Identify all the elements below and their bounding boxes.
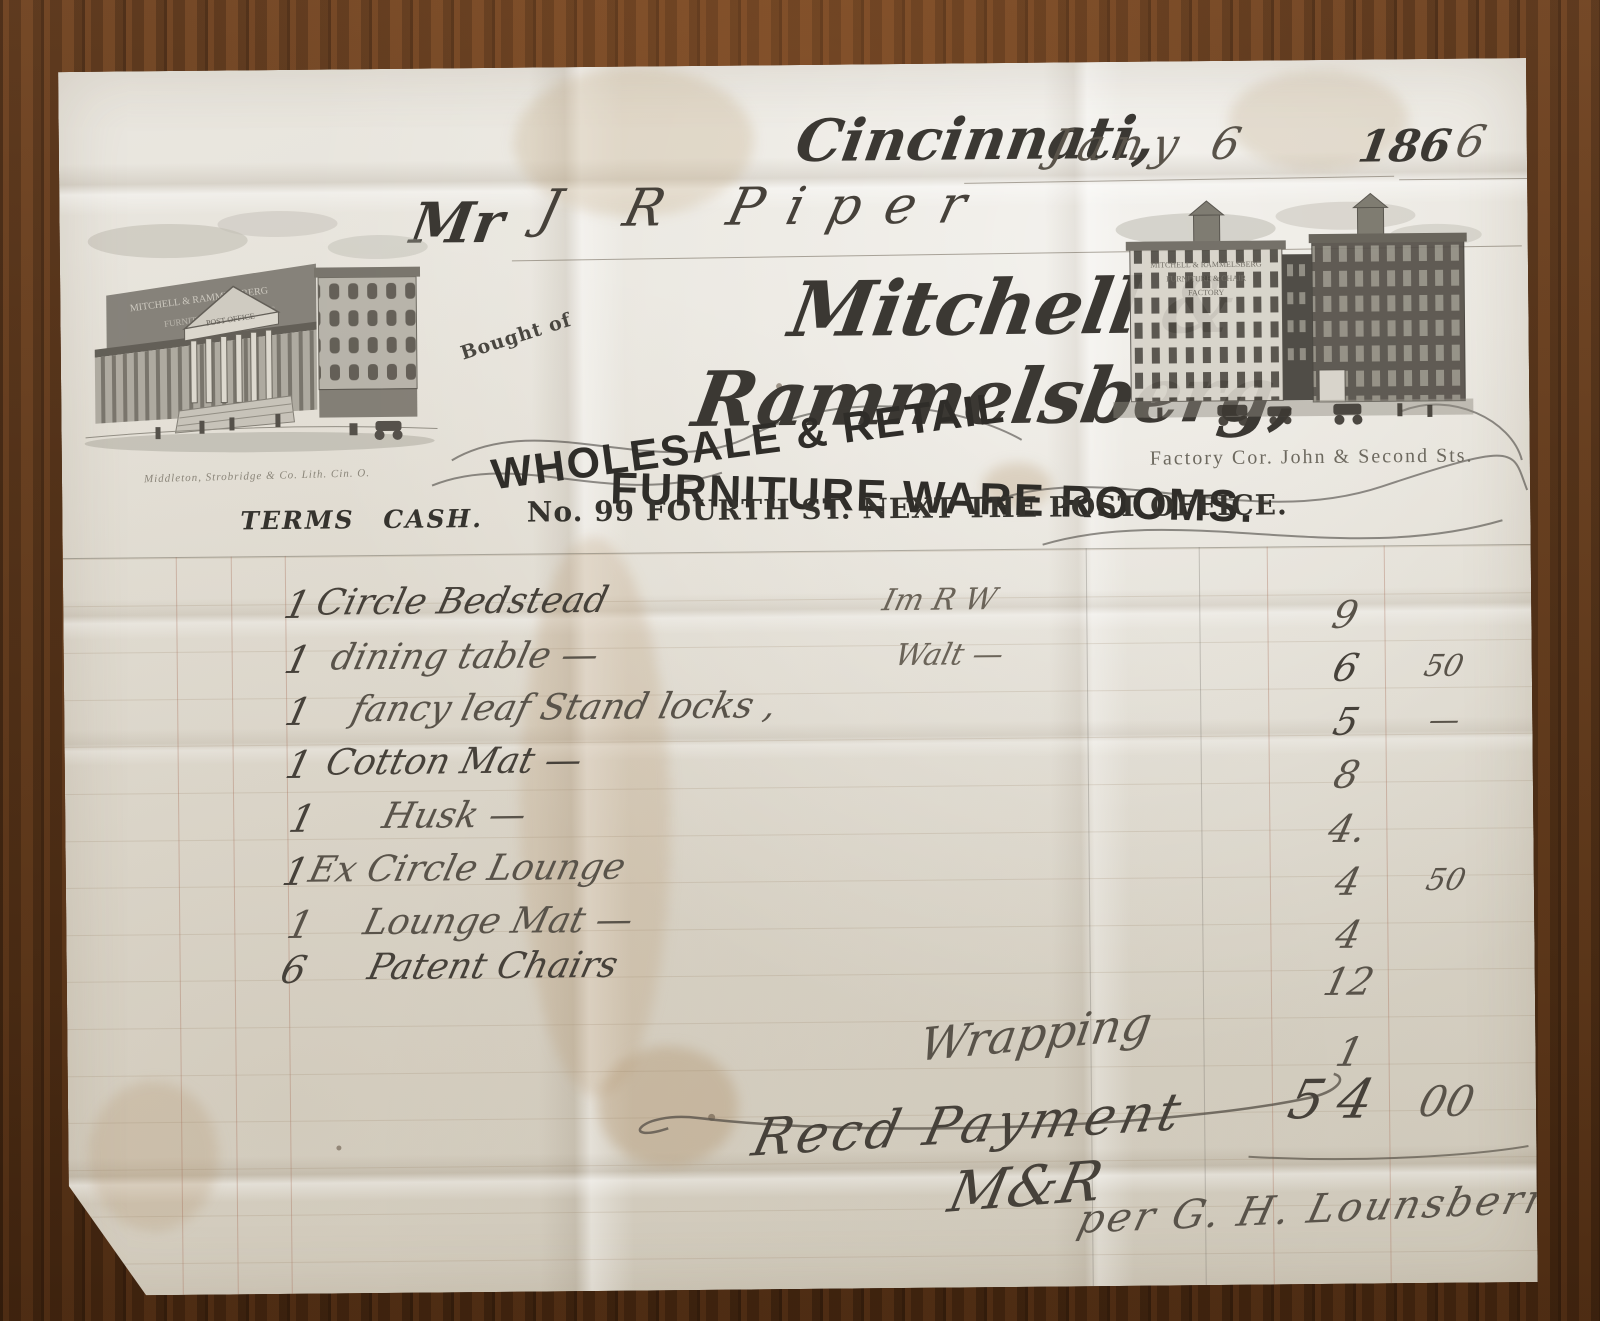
item-price-cents [1406, 915, 1486, 916]
total-dollars: 54 [1282, 1067, 1394, 1131]
item-qty: 1 [283, 903, 318, 947]
item-note: Walt — [892, 637, 1008, 673]
item-description: Patent Chairs [364, 945, 622, 988]
factory-sign-line2: FURNITURE & CHAIR [1166, 274, 1247, 284]
item-note: Im R W [879, 582, 1000, 618]
factory-engraving: MITCHELL & RAMMELSBERG FURNITURE & CHAIR… [1095, 190, 1493, 450]
invoice-paper: Cincinnati, Jany 6 186 6 Mr J R Piper Bo… [58, 58, 1538, 1296]
item-qty: 6 [276, 948, 311, 992]
storefront-engraving: MITCHELL & RAMMELSBERG FURNITURE WARE RO… [77, 196, 444, 471]
item-qty: 1 [281, 743, 316, 787]
item-description: Cotton Mat — [322, 740, 587, 784]
item-description: fancy leaf Stand locks , [347, 685, 781, 730]
item-qty: 1 [280, 638, 315, 682]
item-description: Circle Bedstead [312, 580, 612, 624]
item-price-cents [1405, 809, 1485, 810]
item-price-dollars: 12 [1304, 959, 1395, 1004]
terms-label: TERMS CASH. [240, 504, 483, 535]
item-description: Lounge Mat — [359, 900, 637, 944]
printed-year-prefix: 186 [1355, 121, 1455, 173]
item-qty: 1 [281, 690, 316, 734]
item-qty: 1 [280, 583, 315, 627]
item-price-cents [1407, 962, 1487, 963]
item-price-cents [1405, 755, 1485, 756]
handwritten-date: Jany 6 [1045, 119, 1256, 172]
factory-sign-line3: FACTORY [1188, 288, 1224, 297]
item-price-cents [1403, 595, 1483, 596]
handwritten-customer-name: J R Piper [532, 175, 996, 239]
photo-of-antique-invoice: { "billhead": { "city_line": { "city": "… [0, 0, 1600, 1321]
factory-sign-line1: MITCHELL & RAMMELSBERG [1150, 260, 1262, 270]
item-description: Husk — [378, 795, 530, 837]
item-description: Ex Circle Lounge [305, 847, 630, 891]
item-description: Wrapping [916, 996, 1155, 1072]
item-description: dining table — [327, 635, 603, 679]
item-qty: 1 [285, 797, 320, 841]
